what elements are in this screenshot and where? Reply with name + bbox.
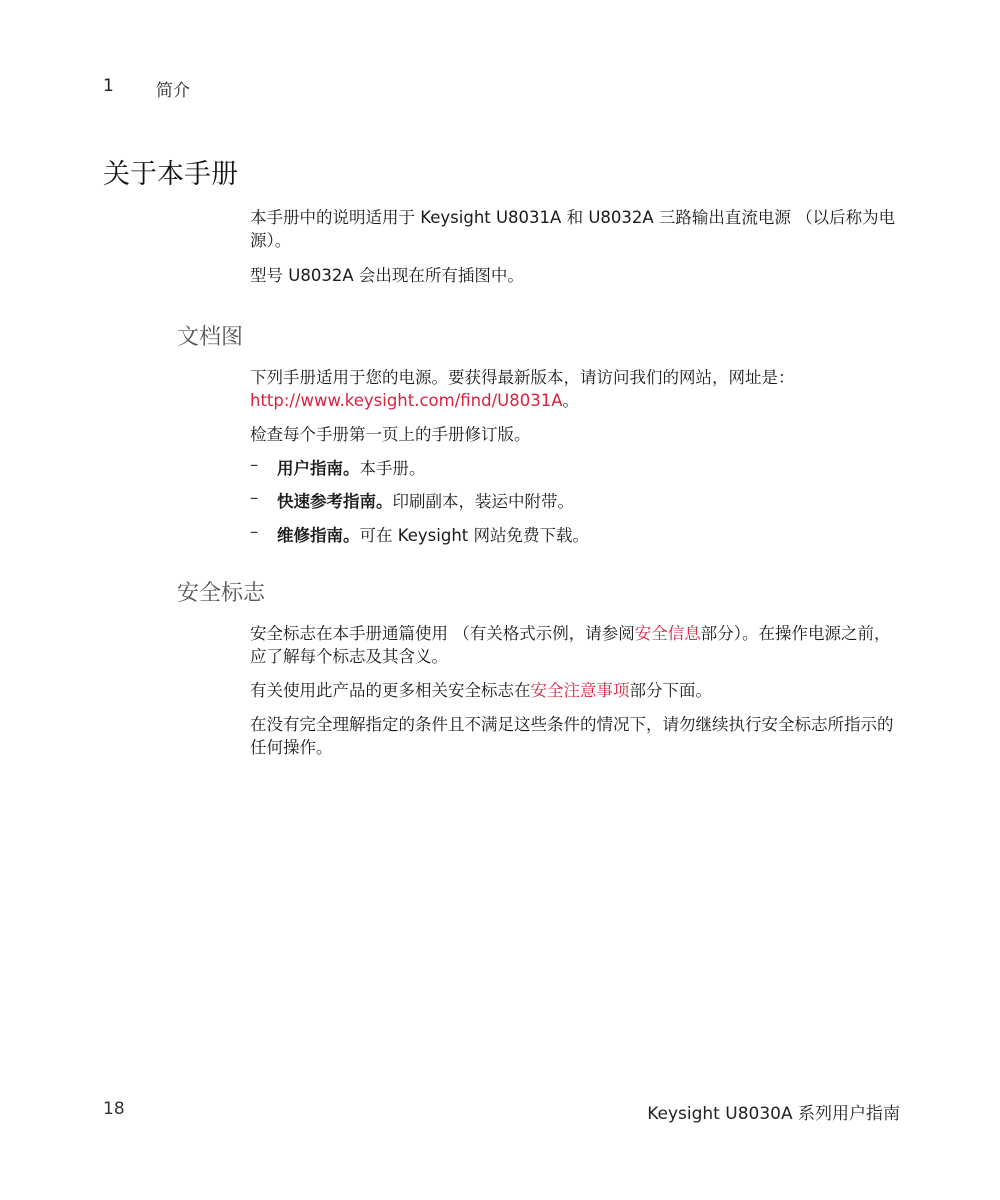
- manual-title: 维修指南。: [277, 526, 360, 545]
- section-title: 关于本手册: [103, 152, 238, 191]
- manual-desc: 本手册。: [360, 459, 426, 478]
- keysight-url-link[interactable]: http://www.keysight.com/find/U8031A: [250, 391, 563, 410]
- page-number: 18: [103, 1099, 125, 1119]
- manual-title: 快速参考指南。: [277, 492, 393, 511]
- manual-desc: 印刷副本，装运中附带。: [393, 492, 575, 511]
- intro-paragraph-1: 本手册中的说明适用于 Keysight U8031A 和 U8032A 三路输出…: [250, 206, 902, 252]
- safety-info-link[interactable]: 安全信息: [635, 624, 701, 643]
- chapter-number: 1: [103, 76, 114, 96]
- safety-heading: 安全标志: [177, 576, 265, 607]
- safety-paragraph-3: 在没有完全理解指定的条件且不满足这些条件的情况下，请勿继续执行安全标志所指示的任…: [250, 713, 902, 759]
- doc-map-intro-text: 下列手册适用于您的电源。要获得最新版本，请访问我们的网站，网址是： http:/…: [250, 366, 902, 412]
- doc-map-heading: 文档图: [177, 320, 243, 351]
- footer-doc-title: Keysight U8030A 系列用户指南: [647, 1099, 900, 1124]
- intro-paragraph-2: 型号 U8032A 会出现在所有插图中。: [250, 264, 902, 287]
- bullet-dash: –: [250, 488, 258, 507]
- doc-map-intro: 下列手册适用于您的电源。要获得最新版本，请访问我们的网站，网址是： http:/…: [250, 366, 902, 446]
- section-intro: 本手册中的说明适用于 Keysight U8031A 和 U8032A 三路输出…: [250, 206, 902, 287]
- bullet-dash: –: [250, 522, 258, 541]
- safety-precautions-link[interactable]: 安全注意事项: [531, 681, 630, 700]
- revision-note: 检查每个手册第一页上的手册修订版。: [250, 423, 902, 446]
- bullet-dash: –: [250, 455, 258, 474]
- safety-paragraph-2: 有关使用此产品的更多相关安全标志在安全注意事项部分下面。: [250, 679, 902, 702]
- manual-desc: 可在 Keysight 网站免费下载。: [360, 526, 590, 545]
- manual-title: 用户指南。: [277, 459, 360, 478]
- chapter-title: 简介: [156, 76, 190, 101]
- safety-body: 安全标志在本手册通篇使用 （有关格式示例，请参阅安全信息部分）。在操作电源之前，…: [250, 622, 902, 759]
- safety-paragraph-1: 安全标志在本手册通篇使用 （有关格式示例，请参阅安全信息部分）。在操作电源之前，…: [250, 622, 902, 668]
